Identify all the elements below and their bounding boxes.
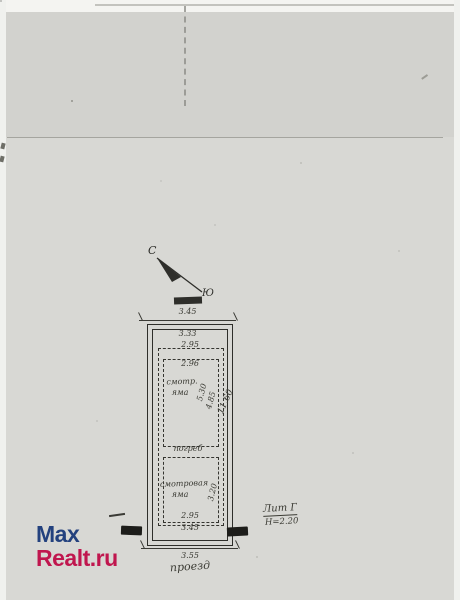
compass-needle-head: [157, 258, 181, 282]
compass-north-arrow: С Ю: [136, 240, 220, 302]
lower-pit-label-line2: яма: [152, 491, 208, 499]
dim-top-outer: 3.45: [150, 308, 225, 316]
gate-post-right: [227, 526, 248, 536]
gate-mark-top: [174, 297, 202, 305]
scanned-plan-sheet: С Ю 3.45 3.33 2.95 2.96 смотр. яма 5.30 …: [0, 0, 460, 600]
compass-north-label: С: [148, 244, 157, 257]
height-label: Н=2.20: [265, 517, 299, 527]
paper-top-edge-shadow: [95, 4, 460, 6]
paper-right-edge: [454, 0, 460, 600]
compass-needle-line: [157, 258, 202, 292]
watermark-line1: Max: [36, 522, 118, 546]
dim-pit-inner-width: 2.96: [163, 360, 217, 368]
dim-pit-outer-width: 2.95: [158, 341, 222, 349]
watermark-line2: Realt.ru: [36, 546, 118, 570]
paper-left-edge: [0, 0, 6, 600]
paper-top-edge: [0, 0, 460, 12]
litera-label: Лит Г: [263, 503, 298, 517]
dim-bottom-line: [141, 548, 238, 549]
road-label: проезд: [152, 558, 229, 574]
cellar-label: погреб: [160, 445, 216, 453]
dim-top-line: [139, 320, 236, 321]
gate-post-left: [121, 526, 142, 536]
compass-south-label: Ю: [201, 288, 214, 299]
paper-upper-region: [6, 12, 454, 137]
dim-top-inner: 3.33: [150, 330, 225, 338]
dim-mark-left-of-post: [109, 513, 125, 517]
scan-speckles: [0, 0, 2, 2]
paper-crease-dashed: [184, 6, 186, 106]
dim-bottom-inner: 3.45: [158, 524, 222, 532]
dim-lower-pit-width: 2.95: [163, 512, 217, 520]
paper-fold-line: [7, 137, 443, 138]
watermark: Max Realt.ru: [36, 522, 118, 571]
